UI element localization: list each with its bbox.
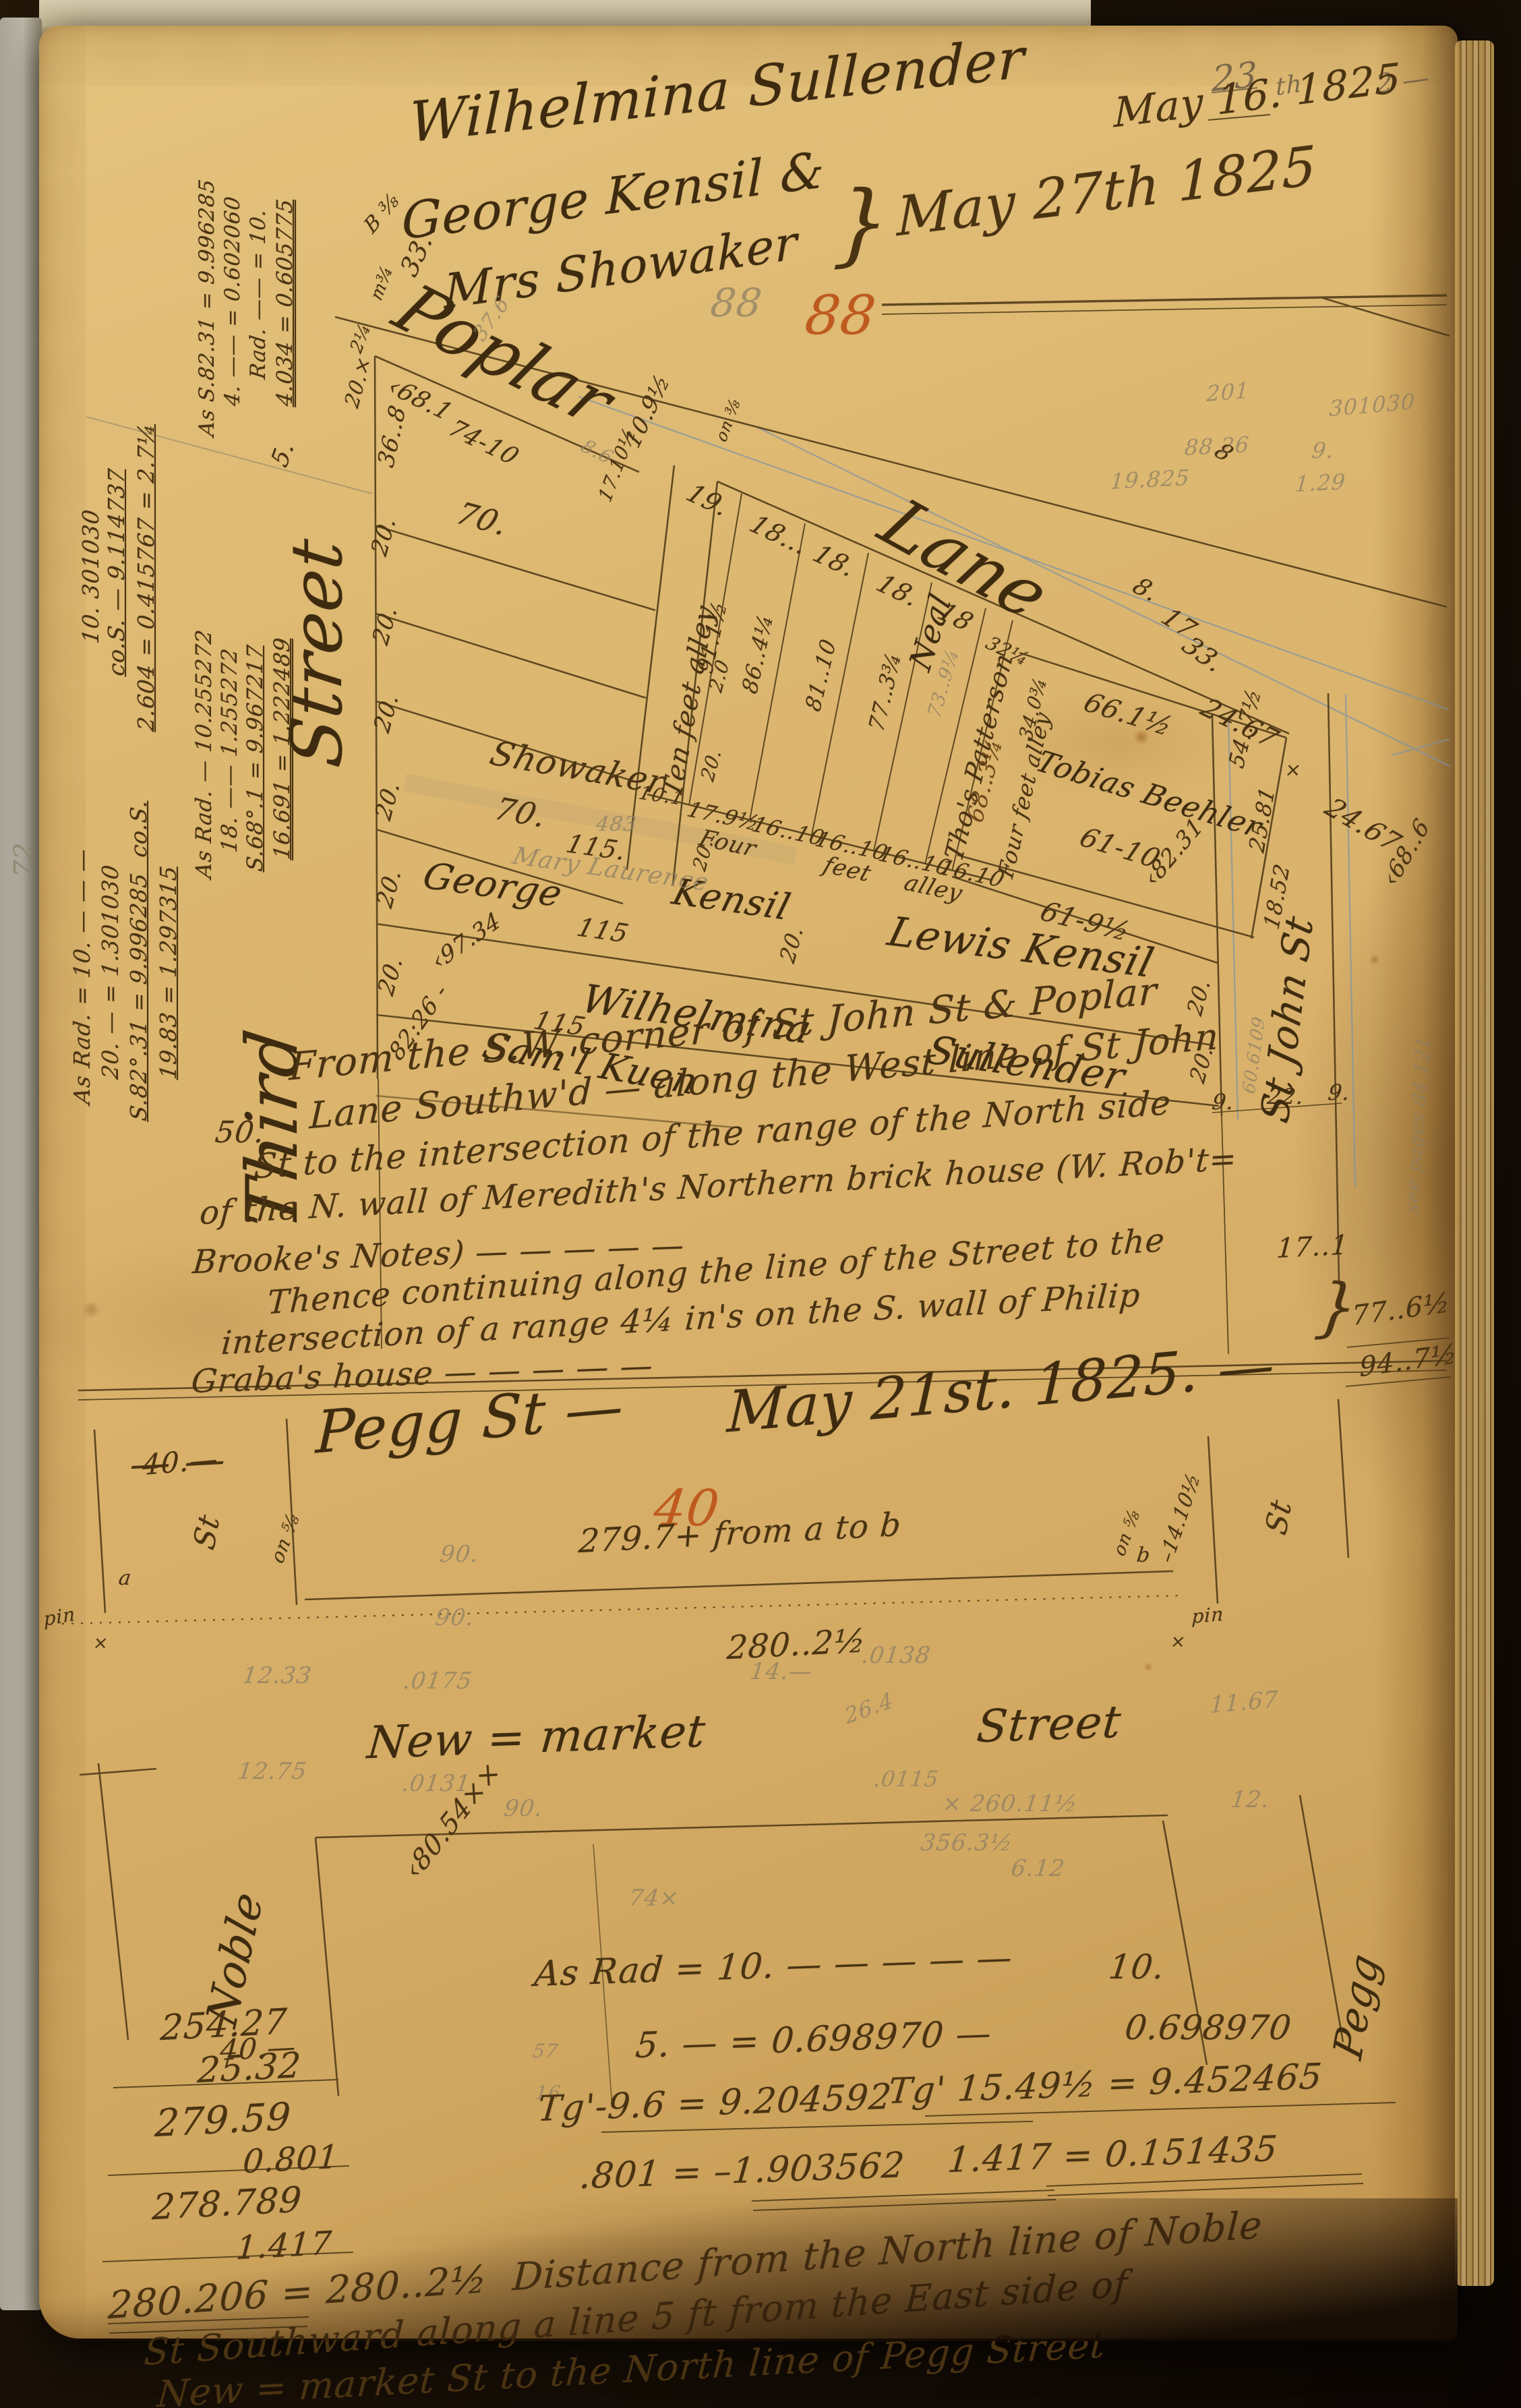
handwriting-annotation: 74× bbox=[628, 1887, 681, 1910]
handwriting-annotation: 9. bbox=[1211, 1091, 1235, 1113]
brace: } bbox=[831, 177, 892, 269]
handwriting-annotation: 86..4¼ bbox=[739, 611, 776, 696]
handwriting-annotation: 17..1 bbox=[1276, 1231, 1349, 1262]
handwriting-annotation: b bbox=[1135, 1546, 1152, 1566]
handwriting-annotation: 18. —— 1.255272 bbox=[218, 647, 240, 854]
handwriting-annotation: 72 bbox=[11, 841, 38, 880]
handwriting-annotation: 356.3½ bbox=[920, 1831, 1014, 1854]
handwriting-annotation: 66.1½ bbox=[1080, 689, 1176, 740]
handwriting-annotation: 77..3¾ bbox=[866, 649, 904, 734]
handwriting-annotation: 88 bbox=[709, 283, 765, 322]
handwriting-annotation: co.S. — 9.114737 bbox=[105, 467, 127, 677]
handwriting-annotation: 90. bbox=[439, 1543, 480, 1566]
handwriting-annotation: × bbox=[1284, 761, 1303, 780]
handwriting-annotation: As Rad. = 10. — — — bbox=[71, 847, 93, 1105]
street-label-st-john: St John St bbox=[1255, 912, 1319, 1126]
handwriting-annotation: 301030 bbox=[1329, 390, 1416, 419]
handwriting-annotation: 90. bbox=[434, 1606, 475, 1629]
margin-calc: As S.82.31 = 9.996285 bbox=[197, 178, 218, 438]
handwriting-annotation: 20. bbox=[374, 865, 405, 911]
handwriting-annotation: 8. bbox=[1128, 575, 1164, 606]
handwriting-annotation: .0138 bbox=[860, 1644, 932, 1667]
handwriting-annotation: 19. bbox=[682, 480, 735, 520]
calc-line: As Rad = 10. — — — — — bbox=[533, 1940, 1014, 1992]
handwriting-annotation: 18... bbox=[746, 511, 814, 558]
handwriting-annotation: 2¼ bbox=[348, 320, 374, 356]
handwriting-annotation: 90. bbox=[503, 1797, 544, 1820]
handwriting-annotation: 279.59 bbox=[154, 2098, 293, 2143]
handwriting-annotation: 1.29 bbox=[1294, 471, 1346, 495]
handwriting-annotation: St bbox=[1262, 1496, 1296, 1538]
handwriting-annotation: 5. bbox=[268, 437, 299, 471]
handwriting-annotation: 11.67 bbox=[1210, 1688, 1279, 1717]
handwriting-annotation: 12. bbox=[1230, 1788, 1271, 1811]
margin-street-street: Street bbox=[282, 535, 353, 771]
handwriting-annotation: Tg' 15.49½ = 9.452465 bbox=[887, 2059, 1323, 2110]
handwriting-annotation: see pages 84.121 bbox=[1402, 1034, 1433, 1215]
handwriting-annotation: × bbox=[92, 1635, 110, 1652]
handwriting-annotation: 5. — = 0.698970 — bbox=[634, 2016, 993, 2064]
handwriting-annotation: 20. bbox=[371, 690, 402, 736]
handwriting-annotation: 81..10 bbox=[802, 636, 839, 714]
street-label-pegg-lower: Pegg bbox=[1328, 1949, 1385, 2063]
handwriting-annotation: Street bbox=[975, 1700, 1123, 1750]
handwriting-annotation: 2.604 = 0.415767 = 2.7¼ bbox=[135, 421, 157, 732]
handwriting-annotation: 254.27 bbox=[159, 2004, 288, 2046]
handwriting-annotation: 20. — = 1.301030 bbox=[99, 863, 121, 1080]
handwriting-annotation: on ⅜ bbox=[713, 396, 743, 444]
handwriting-annotation: 36..8 bbox=[375, 402, 409, 470]
handwriting-annotation: 26.4 bbox=[843, 1688, 895, 1727]
handwriting-annotation: 4. —— = 0.602060 bbox=[222, 195, 243, 407]
handwriting-annotation: 40.— bbox=[142, 1444, 219, 1479]
handwriting-annotation: S.68°.1 = 9.967217 bbox=[244, 643, 266, 873]
page-bottom-shadow bbox=[39, 2198, 1458, 2341]
handwriting-annotation: B ⅜ bbox=[361, 189, 403, 237]
handwriting-annotation: 10. 301030 bbox=[80, 508, 102, 645]
handwriting-annotation: a bbox=[117, 1568, 133, 1589]
handwriting-annotation: 20. bbox=[698, 746, 724, 784]
handwriting-annotation: 115 bbox=[574, 914, 632, 946]
handwriting-annotation: 20. bbox=[1184, 975, 1214, 1018]
notebook-photo: Wilhelmina Sullender May 16. 1825 — Geor… bbox=[0, 0, 1521, 2408]
handwriting-annotation: 0.801 bbox=[242, 2141, 340, 2179]
handwriting-annotation: m¾ bbox=[368, 262, 396, 303]
handwriting-annotation: As Rad. — 10.255272 bbox=[193, 628, 214, 879]
handwriting-annotation: 25.81 bbox=[1246, 784, 1278, 855]
handwriting-annotation: 70. bbox=[491, 793, 551, 832]
handwriting-annotation: 0.698970 bbox=[1123, 2011, 1294, 2045]
handwriting-annotation: 6.12 bbox=[1010, 1857, 1067, 1880]
title-date-2: May 27th 1825 bbox=[897, 138, 1317, 244]
handwriting-annotation: –14.10½ bbox=[1157, 1470, 1204, 1566]
handwriting-annotation: × bbox=[1170, 1633, 1187, 1651]
plat-number-red: 88 bbox=[802, 289, 879, 343]
handwriting-annotation: 20. bbox=[375, 953, 407, 999]
handwriting-annotation: Tg'-9.6 = 9.204592 bbox=[536, 2080, 893, 2127]
handwriting-annotation: .0175 bbox=[402, 1670, 474, 1693]
handwriting-annotation: Rad. —— = 10. bbox=[248, 208, 269, 380]
handwriting-annotation: 18. bbox=[809, 541, 862, 581]
handwriting-annotation: 57 bbox=[532, 2042, 560, 2061]
handwriting-annotation: 19.83 = 1.297315 bbox=[157, 864, 179, 1080]
handwriting-annotation: 483 bbox=[595, 815, 638, 835]
handwriting-annotation: 20. bbox=[369, 602, 401, 648]
handwriting-annotation: 9. bbox=[1311, 440, 1335, 461]
handwriting-annotation: .0115 bbox=[872, 1768, 941, 1790]
handwriting-annotation: 94..7½ bbox=[1359, 1341, 1458, 1382]
handwriting-annotation: on ⅝ bbox=[268, 1510, 303, 1566]
owner-showaker: Showaker bbox=[486, 736, 669, 799]
handwriting-annotation: 20.× bbox=[342, 353, 375, 411]
handwriting-annotation: 20. bbox=[368, 513, 400, 559]
handwriting-annotation: ‹97.34 bbox=[429, 908, 504, 974]
handwriting-annotation: .801 = –1.903562 bbox=[578, 2148, 906, 2194]
handwriting-annotation: pin bbox=[1191, 1605, 1224, 1626]
handwriting-annotation: 201 bbox=[1206, 379, 1250, 405]
street-label-new-market: New = market bbox=[365, 1709, 707, 1765]
handwriting-annotation: 12.33 bbox=[241, 1664, 314, 1687]
handwriting-annotation: 9. bbox=[1327, 1082, 1351, 1103]
handwriting-annotation: × 260.11½ bbox=[941, 1792, 1079, 1815]
handwriting-annotation: S.82°.31 = 9.996285 co.S. bbox=[127, 798, 150, 1122]
handwriting-annotation: 77..6½ bbox=[1352, 1289, 1450, 1330]
handwriting-annotation: 4.034 = 0.605775 bbox=[274, 198, 295, 407]
handwriting-annotation: 19.825 bbox=[1110, 467, 1191, 492]
handwriting-annotation: 1.417 = 0.151435 bbox=[946, 2132, 1279, 2178]
pegg-dim1: 279.7+ from a to b bbox=[578, 1508, 903, 1558]
handwriting-annotation: 14.— bbox=[749, 1660, 814, 1683]
handwriting-annotation: 20. bbox=[777, 922, 806, 966]
handwriting-annotation: 12.75 bbox=[237, 1760, 309, 1783]
pegg-title-date: May 21st. 1825. — bbox=[726, 1336, 1276, 1441]
handwriting-annotation: 25.32 bbox=[196, 2048, 302, 2088]
handwriting-layer: 23th2 —Wilhelmina SullenderMay 16. 1825G… bbox=[0, 0, 1521, 2408]
handwriting-annotation: pin bbox=[43, 1605, 76, 1629]
handwriting-annotation: 20. bbox=[372, 777, 404, 823]
title-name-sullender: Wilhelmina Sullender bbox=[409, 31, 1025, 152]
handwriting-annotation: 50. bbox=[214, 1118, 266, 1148]
handwriting-annotation: 70. bbox=[452, 498, 514, 540]
handwriting-annotation: St bbox=[190, 1511, 225, 1553]
handwriting-annotation: 74-10 bbox=[444, 417, 523, 469]
handwriting-annotation: 10. bbox=[1107, 1950, 1167, 1984]
